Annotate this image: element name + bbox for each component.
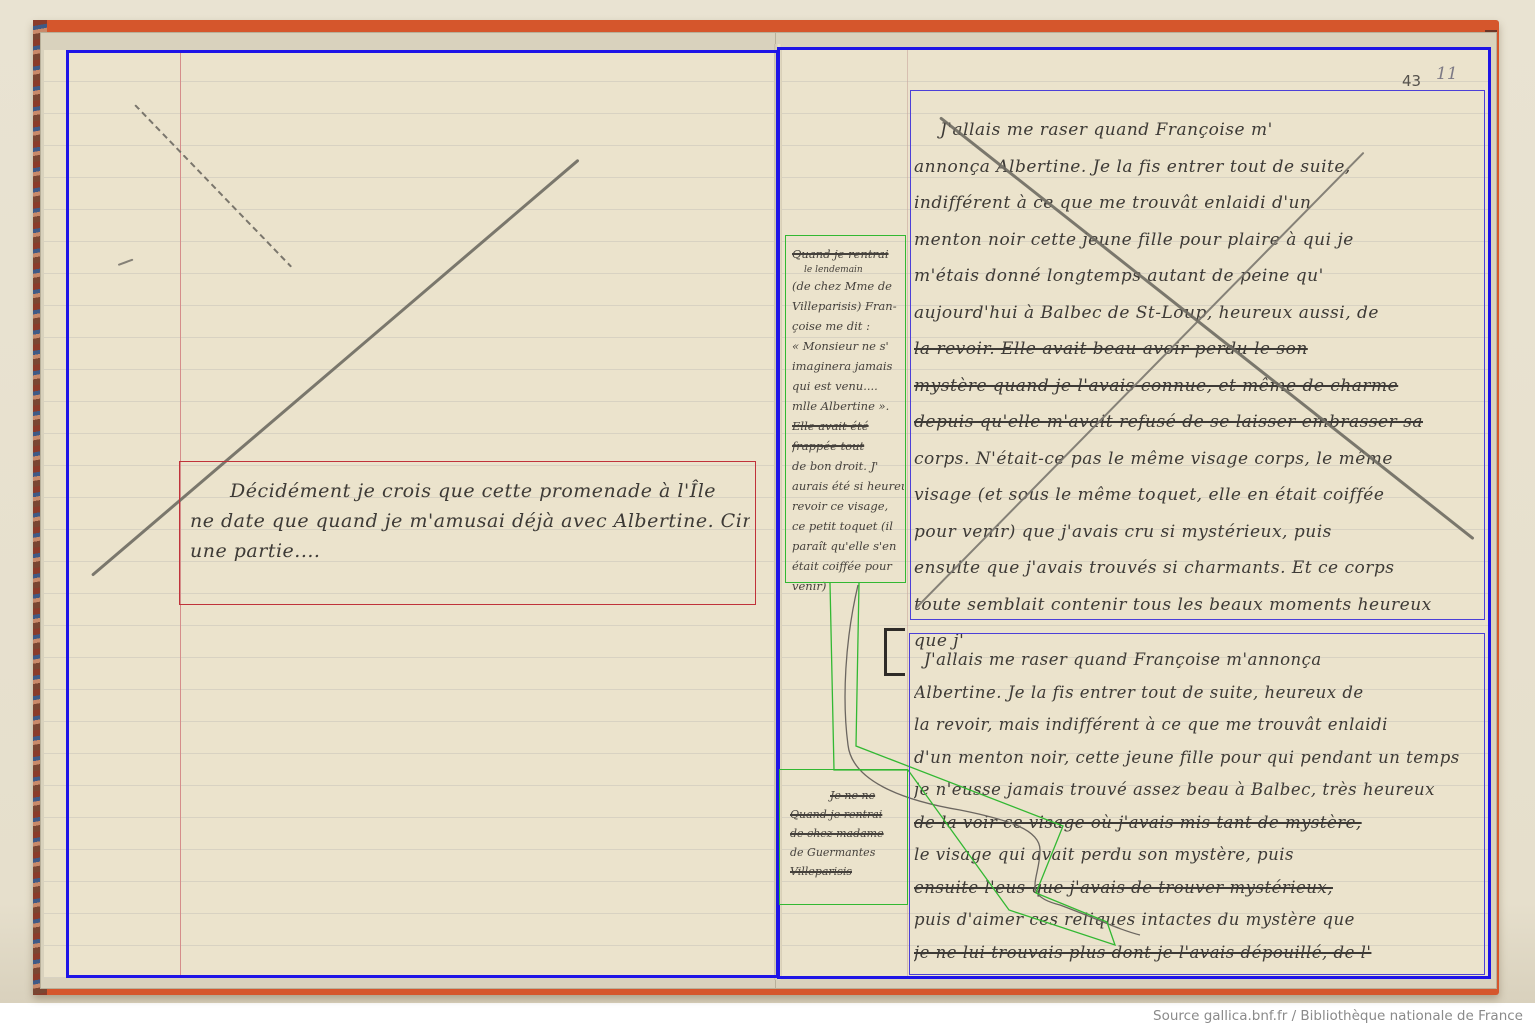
printed-page-number: 43 bbox=[1402, 72, 1421, 90]
lower-passage: J'allais me raser quand Françoise m'anno… bbox=[914, 644, 1482, 969]
handwritten-folio-number: 11 bbox=[1436, 64, 1458, 84]
note-line: de Guermantes bbox=[790, 843, 905, 862]
passage-line: corps. N'était-ce pas le même visage cor… bbox=[914, 441, 1482, 478]
passage-line: J'allais me raser quand Françoise m'anno… bbox=[914, 644, 1482, 677]
passage-line: je ne lui trouvais plus dont je l'avais … bbox=[914, 937, 1482, 970]
passage-line: de la voir ce visage où j'avais mis tant… bbox=[914, 807, 1482, 840]
passage-line: je n'eusse jamais trouvé assez beau à Ba… bbox=[914, 774, 1482, 807]
note-line: venir) bbox=[792, 576, 904, 596]
passage-line: puis d'aimer ces reliques intactes du my… bbox=[914, 904, 1482, 937]
note-line: était coiffée pour bbox=[792, 556, 904, 576]
passage-line: Albertine. Je la fis entrer tout de suit… bbox=[914, 677, 1482, 710]
note-line: de bon droit. J' bbox=[792, 456, 904, 476]
right-page-margin-rule bbox=[907, 50, 908, 978]
passage-line: ensuite l'eus que j'avais de trouver mys… bbox=[914, 872, 1482, 905]
book-gutter bbox=[774, 44, 782, 980]
passage-line: indifférent à ce que me trouvât enlaidi … bbox=[914, 185, 1482, 222]
note-line: paraît qu'elle s'en bbox=[792, 536, 904, 556]
passage-line: J'allais me raser quand Françoise m' bbox=[914, 112, 1482, 149]
passage-line: la revoir, mais indifférent à ce que me … bbox=[914, 709, 1482, 742]
passage-line: d'un menton noir, cette jeune fille pour… bbox=[914, 742, 1482, 775]
left-page-passage: Décidément je crois que cette promenade … bbox=[190, 476, 750, 566]
note-line: Quand je rentrai bbox=[790, 805, 905, 824]
note-line: qui est venu.... bbox=[792, 376, 904, 396]
passage-line: la revoir. Elle avait beau avoir perdu l… bbox=[914, 331, 1482, 368]
passage-line: une partie.... bbox=[190, 536, 750, 566]
note-line: « Monsieur ne s' bbox=[792, 336, 904, 356]
passage-line: toute semblait contenir tous les beaux m… bbox=[914, 587, 1482, 624]
note-line: Quand je rentrai bbox=[792, 244, 904, 264]
passage-line: le visage qui avait perdu son mystère, p… bbox=[914, 839, 1482, 872]
passage-line: Décidément je crois que cette promenade … bbox=[190, 476, 750, 506]
passage-line: pour venir) que j'avais cru si mystérieu… bbox=[914, 514, 1482, 551]
note-line: çoise me dit : bbox=[792, 316, 904, 336]
note-line: frappée tout bbox=[792, 436, 904, 456]
note-line: imaginera jamais bbox=[792, 356, 904, 376]
upper-passage: J'allais me raser quand Françoise m' ann… bbox=[914, 112, 1482, 660]
bracket-mark bbox=[884, 628, 905, 676]
note-line: Elle avait été bbox=[792, 416, 904, 436]
note-line: aurais été si heureux bbox=[792, 476, 904, 496]
note-line: de chez madame bbox=[790, 824, 905, 843]
passage-line: ne date que quand je m'amusai déjà avec … bbox=[190, 506, 750, 536]
note-line: Villeparisis) Fran- bbox=[792, 296, 904, 316]
passage-line: m'étais donné longtemps autant de peine … bbox=[914, 258, 1482, 295]
passage-line: menton noir cette jeune fille pour plair… bbox=[914, 222, 1482, 259]
margin-note-lower: Je ne ne Quand je rentrai de chez madame… bbox=[790, 786, 905, 881]
note-line: Je ne ne bbox=[790, 786, 905, 805]
margin-note-upper: Quand je rentrai le lendemain (de chez M… bbox=[792, 244, 904, 596]
passage-line: mystère quand je l'avais connue, et même… bbox=[914, 368, 1482, 405]
passage-line: depuis qu'elle m'avait refusé de se lais… bbox=[914, 404, 1482, 441]
note-line: mlle Albertine ». bbox=[792, 396, 904, 416]
passage-line: visage (et sous le même toquet, elle en … bbox=[914, 477, 1482, 514]
note-line: ce petit toquet (il bbox=[792, 516, 904, 536]
note-line: Villeparisis bbox=[790, 862, 905, 881]
note-line: le lendemain bbox=[792, 264, 904, 276]
source-credit: Source gallica.bnf.fr / Bibliothèque nat… bbox=[1153, 1008, 1523, 1024]
note-line: revoir ce visage, bbox=[792, 496, 904, 516]
passage-line: ensuite que j'avais trouvés si charmants… bbox=[914, 550, 1482, 587]
note-line: (de chez Mme de bbox=[792, 276, 904, 296]
left-page-margin-rule bbox=[180, 50, 181, 978]
passage-line: aujourd'hui à Balbec de St-Loup, heureux… bbox=[914, 295, 1482, 332]
